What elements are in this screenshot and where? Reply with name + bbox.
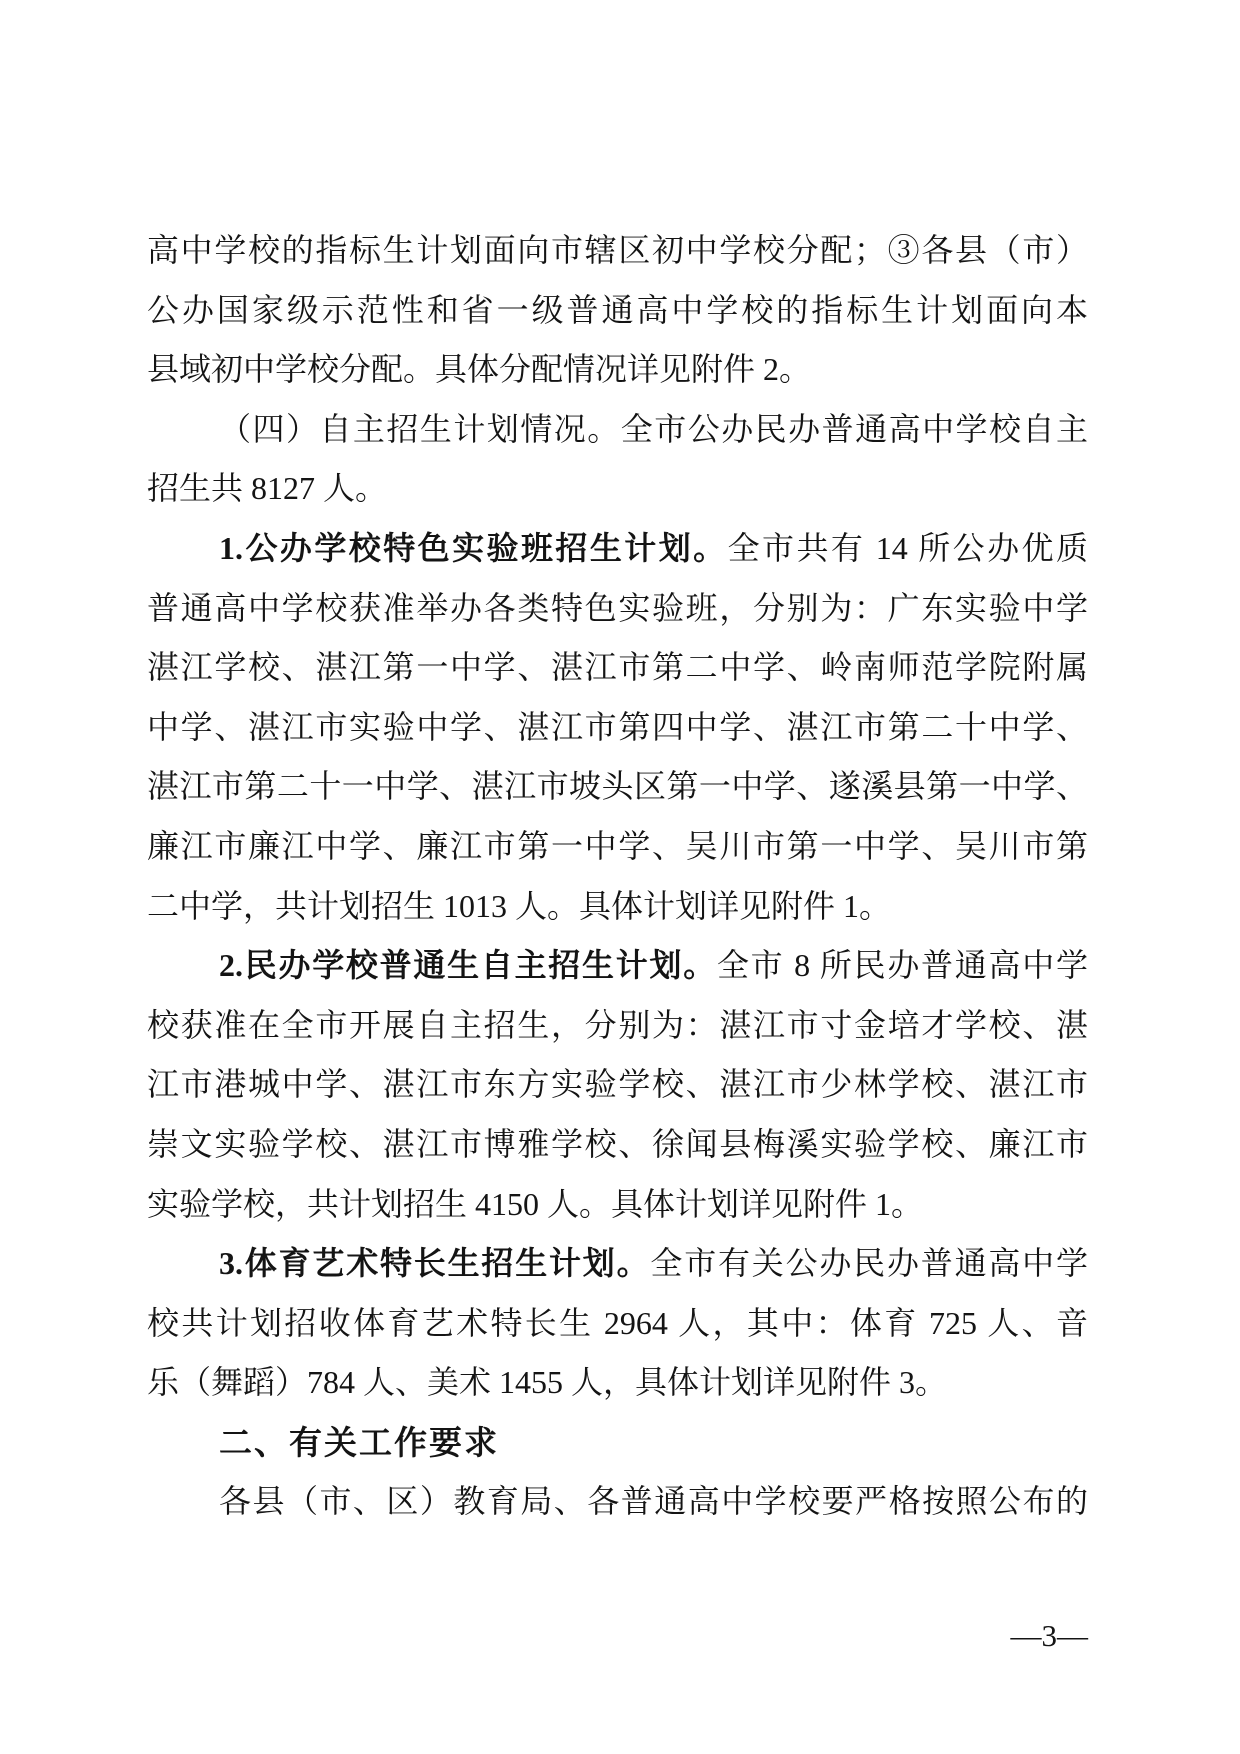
text-line: 校获准在全市开展自主招生，分别为：湛江市寸金培才学校、湛 — [147, 996, 1088, 1056]
body-text: 校获准在全市开展自主招生，分别为：湛江市寸金培才学校、湛 — [147, 1007, 1088, 1043]
text-line: 中学、湛江市实验中学、湛江市第四中学、湛江市第二十中学、 — [147, 698, 1088, 758]
body-text: 乐（舞蹈）784 人、美术 1455 人，具体计划详见附件 3。 — [147, 1364, 947, 1400]
body-text: 实验学校，共计划招生 4150 人。具体计划详见附件 1。 — [147, 1186, 923, 1222]
text-line: 实验学校，共计划招生 4150 人。具体计划详见附件 1。 — [147, 1175, 1088, 1235]
body-text: 廉江市廉江中学、廉江市第一中学、吴川市第一中学、吴川市第 — [147, 828, 1088, 864]
body-text: 全市共有 14 所公办优质 — [728, 530, 1088, 566]
document-page: 高中学校的指标生计划面向市辖区初中学校分配；③各县（市）公办国家级示范性和省一级… — [0, 0, 1240, 1754]
body-text: 公办国家级示范性和省一级普通高中学校的指标生计划面向本 — [147, 292, 1088, 328]
text-line: 普通高中学校获准举办各类特色实验班，分别为：广东实验中学 — [147, 579, 1088, 639]
run-in-head: 1.公办学校特色实验班招生计划。 — [219, 530, 728, 566]
body-text: 校共计划招收体育艺术特长生 2964 人，其中：体育 725 人、音 — [147, 1305, 1088, 1341]
body-text: 湛江学校、湛江第一中学、湛江市第二中学、岭南师范学院附属 — [147, 649, 1088, 685]
body-text: （四）自主招生计划情况。全市公办民办普通高中学校自主 — [219, 411, 1088, 447]
text-line: 崇文实验学校、湛江市博雅学校、徐闻县梅溪实验学校、廉江市 — [147, 1115, 1088, 1175]
body-text: 二中学，共计划招生 1013 人。具体计划详见附件 1。 — [147, 888, 891, 924]
body-text: 全市 8 所民办普通高中学 — [717, 947, 1088, 983]
run-in-head: 2.民办学校普通生自主招生计划。 — [219, 947, 717, 983]
text-line: 二中学，共计划招生 1013 人。具体计划详见附件 1。 — [147, 877, 1088, 937]
body-text: 普通高中学校获准举办各类特色实验班，分别为：广东实验中学 — [147, 590, 1088, 626]
text-line: 2.民办学校普通生自主招生计划。全市 8 所民办普通高中学 — [147, 936, 1088, 996]
text-line: 公办国家级示范性和省一级普通高中学校的指标生计划面向本 — [147, 281, 1088, 341]
body-text: 各县（市、区）教育局、各普通高中学校要严格按照公布的 — [219, 1483, 1088, 1519]
body-text: 招生共 8127 人。 — [147, 470, 387, 506]
body-text: 湛江市第二十一中学、湛江市坡头区第一中学、遂溪县第一中学、 — [147, 768, 1088, 804]
text-line: 湛江市第二十一中学、湛江市坡头区第一中学、遂溪县第一中学、 — [147, 757, 1088, 817]
body-text: 高中学校的指标生计划面向市辖区初中学校分配；③各县（市） — [147, 232, 1088, 268]
body-text: 江市港城中学、湛江市东方实验学校、湛江市少林学校、湛江市 — [147, 1066, 1088, 1102]
text-line: 1.公办学校特色实验班招生计划。全市共有 14 所公办优质 — [147, 519, 1088, 579]
body-text: 中学、湛江市实验中学、湛江市第四中学、湛江市第二十中学、 — [147, 709, 1088, 745]
text-line: 湛江学校、湛江第一中学、湛江市第二中学、岭南师范学院附属 — [147, 638, 1088, 698]
document-body: 高中学校的指标生计划面向市辖区初中学校分配；③各县（市）公办国家级示范性和省一级… — [147, 221, 1088, 1532]
text-line: 3.体育艺术特长生招生计划。全市有关公办民办普通高中学 — [147, 1234, 1088, 1294]
text-line: 廉江市廉江中学、廉江市第一中学、吴川市第一中学、吴川市第 — [147, 817, 1088, 877]
text-line: 乐（舞蹈）784 人、美术 1455 人，具体计划详见附件 3。 — [147, 1353, 1088, 1413]
body-text: 全市有关公办民办普通高中学 — [650, 1245, 1088, 1281]
text-line: （四）自主招生计划情况。全市公办民办普通高中学校自主 — [147, 400, 1088, 460]
text-line: 校共计划招收体育艺术特长生 2964 人，其中：体育 725 人、音 — [147, 1294, 1088, 1354]
text-line: 各县（市、区）教育局、各普通高中学校要严格按照公布的 — [147, 1472, 1088, 1532]
text-line: 县域初中学校分配。具体分配情况详见附件 2。 — [147, 340, 1088, 400]
text-line: 江市港城中学、湛江市东方实验学校、湛江市少林学校、湛江市 — [147, 1055, 1088, 1115]
page-number: —3— — [1011, 1606, 1089, 1666]
body-text: 崇文实验学校、湛江市博雅学校、徐闻县梅溪实验学校、廉江市 — [147, 1126, 1088, 1162]
text-line: 招生共 8127 人。 — [147, 459, 1088, 519]
section-heading: 二、有关工作要求 — [147, 1413, 1088, 1473]
body-text: 县域初中学校分配。具体分配情况详见附件 2。 — [147, 351, 811, 387]
run-in-head: 3.体育艺术特长生招生计划。 — [219, 1245, 650, 1281]
run-in-head: 二、有关工作要求 — [219, 1424, 499, 1461]
text-line: 高中学校的指标生计划面向市辖区初中学校分配；③各县（市） — [147, 221, 1088, 281]
